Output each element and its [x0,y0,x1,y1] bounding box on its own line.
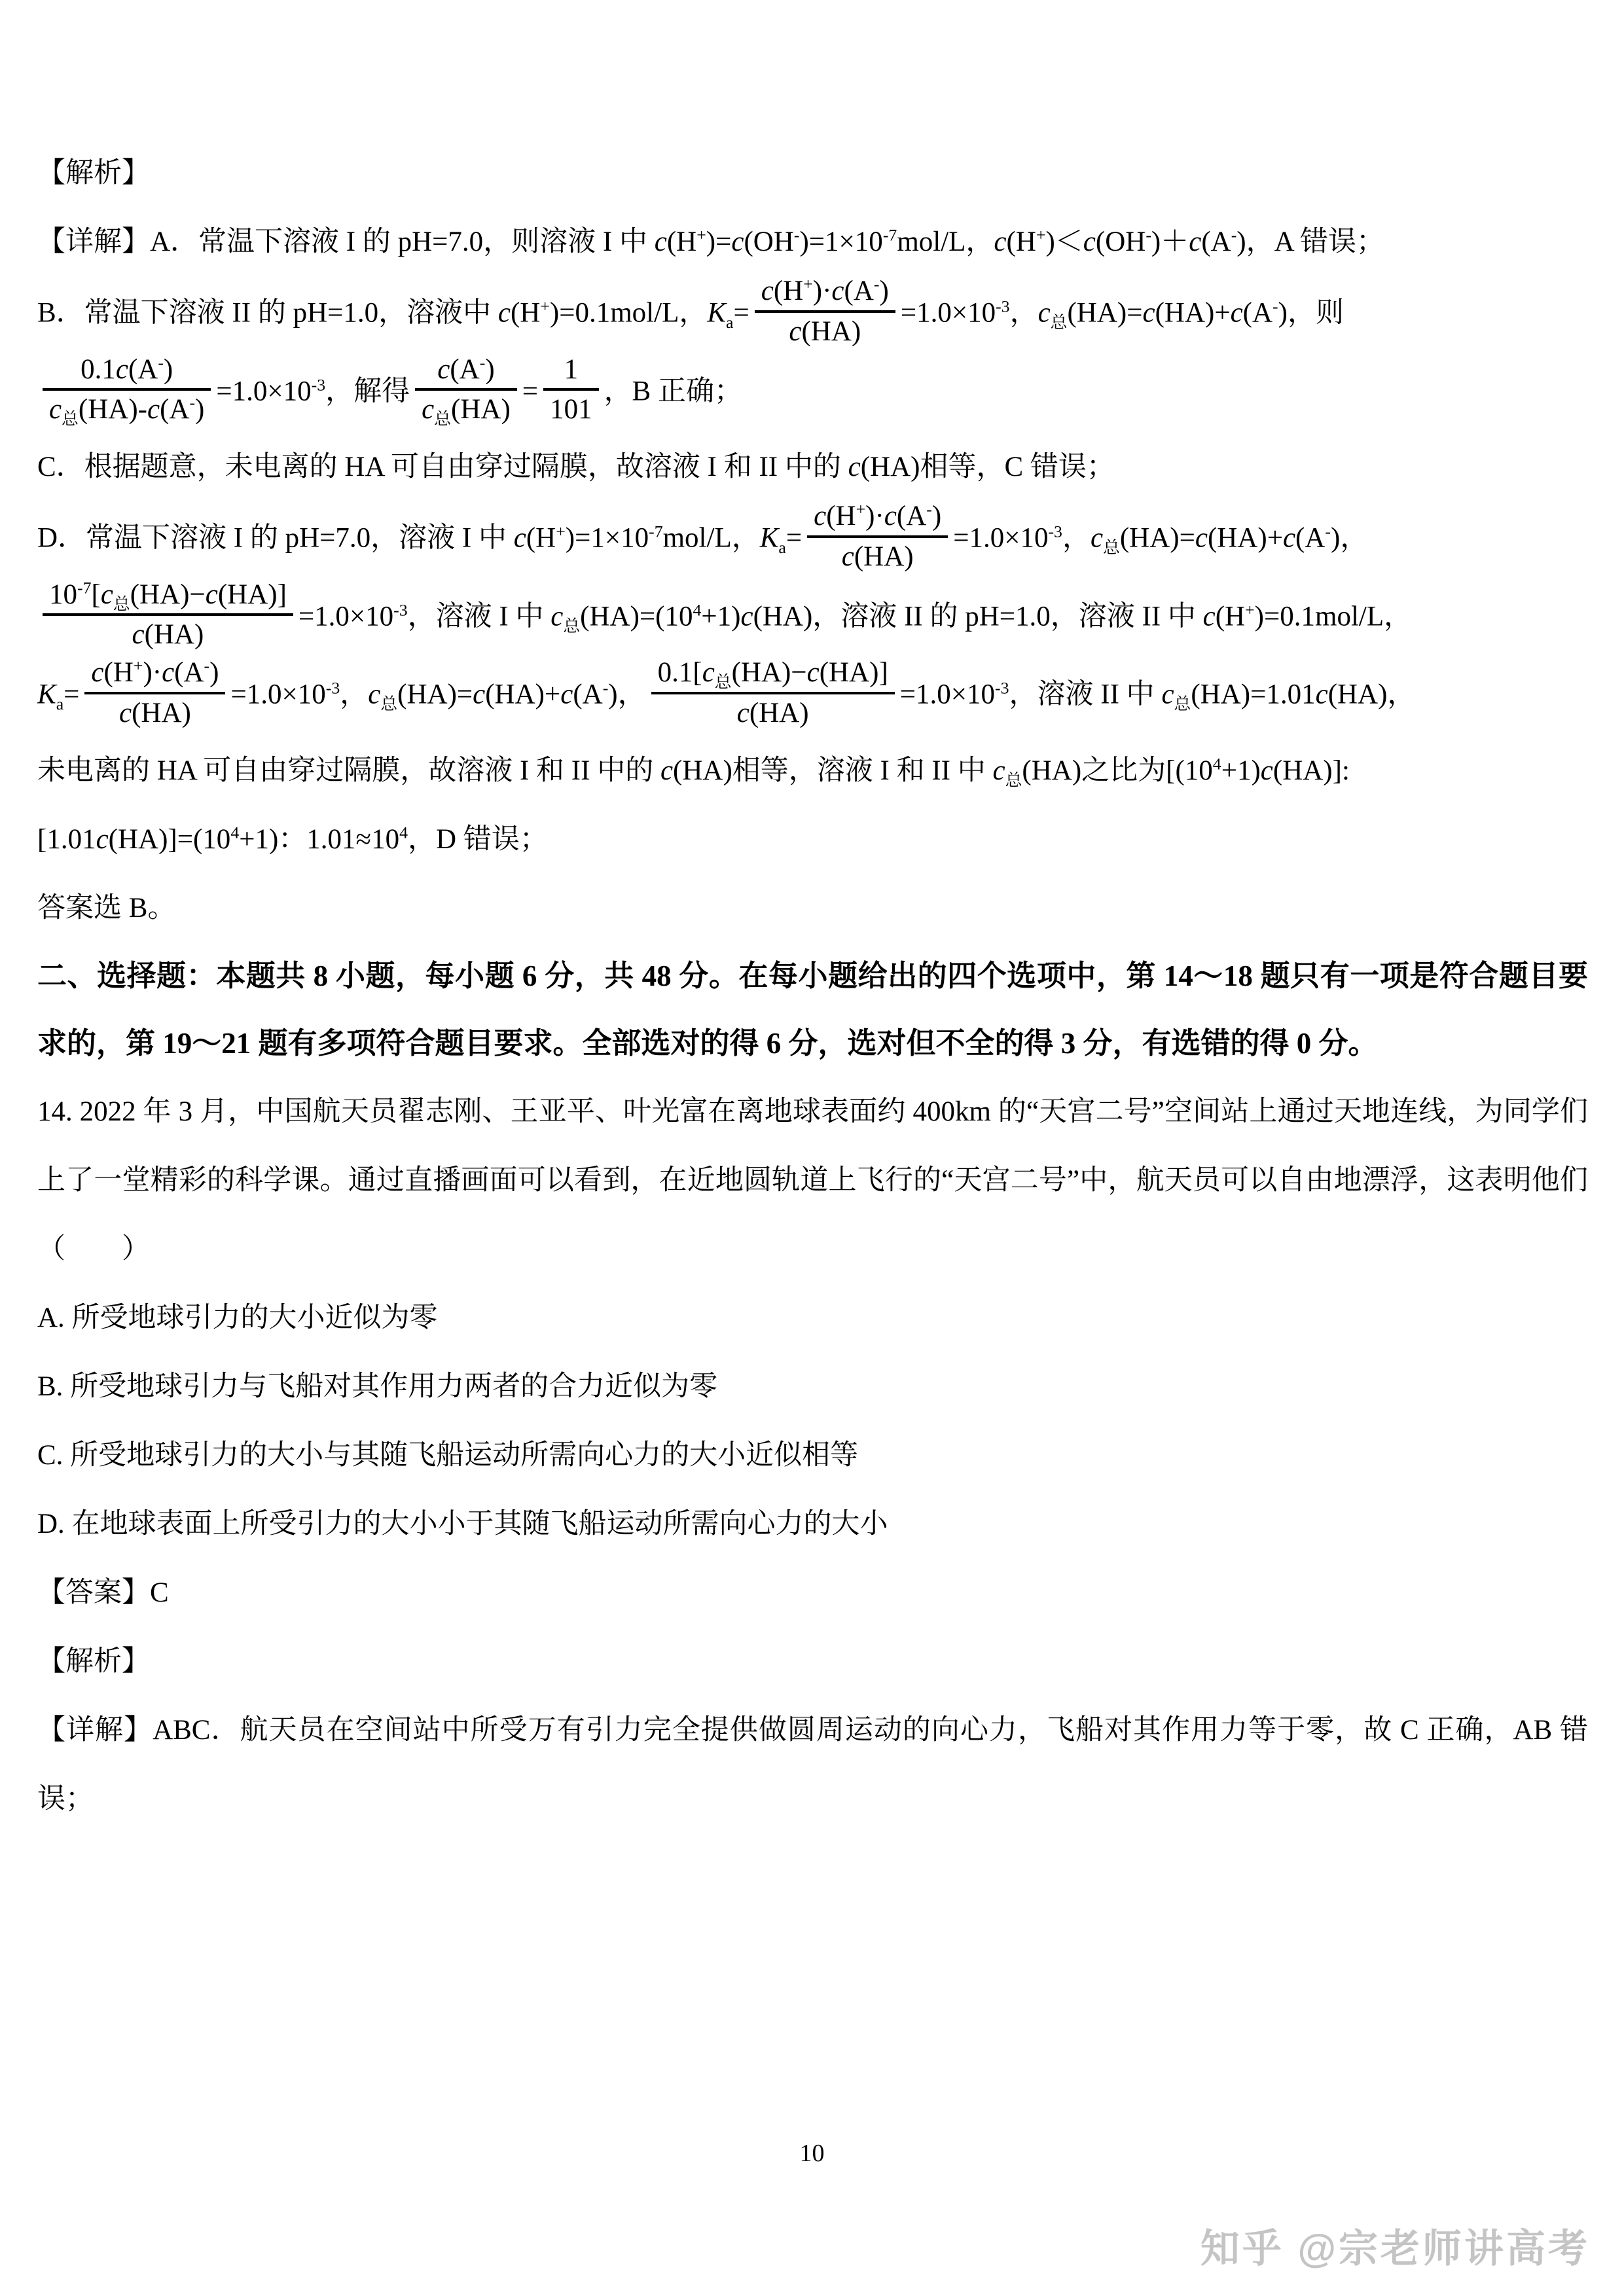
answer-choice-q13: 答案选 B。 [37,874,1588,942]
section-heading: 二、选择题：本题共 8 小题，每小题 6 分，共 48 分。在每小题给出的四个选… [37,942,1588,1077]
question-14-option-a: A. 所受地球引力的大小近似为零 [37,1283,1588,1352]
detail-d-derivation-4: [1.01c(HA)]=(104+1)：1.01≈104，D 错误； [37,805,1588,874]
fraction: c(H+)·c(A-)c(HA) [807,497,948,576]
detail-option-d: D．常温下溶液 I 的 pH=7.0，溶液 I 中 c(H+)=1×10-7mo… [37,501,1588,580]
detail-q14: 【详解】ABC．航天员在空间站中所受万有引力完全提供做圆周运动的向心力，飞船对其… [37,1696,1588,1833]
detail-option-a: 【详解】A．常温下溶液 I 的 pH=7.0，则溶液 I 中 c(H+)=c(O… [37,207,1588,276]
analysis-label-q14: 【解析】 [37,1627,1588,1696]
answer-label-q14: 【答案】C [37,1558,1588,1627]
fraction: 10-7[c总(HA)−c(HA)]c(HA) [43,576,293,655]
fraction: 0.1c(A-)c总(HA)-c(A-) [43,351,211,429]
fraction: c(H+)·c(A-)c(HA) [755,272,895,351]
document-body: 【解析】【详解】A．常温下溶液 I 的 pH=7.0，则溶液 I 中 c(H+)… [37,139,1588,1833]
question-14-option-b: B. 所受地球引力与飞船对其作用力两者的合力近似为零 [37,1352,1588,1421]
watermark: 知乎 @宗老师讲高考 [1200,2217,1590,2274]
detail-option-c: C．根据题意，未电离的 HA 可自由穿过隔膜，故溶液 I 和 II 中的 c(H… [37,433,1588,501]
analysis-label-q13: 【解析】 [37,139,1588,207]
detail-d-derivation-1: 10-7[c总(HA)−c(HA)]c(HA)=1.0×10-3，溶液 I 中 … [37,580,1588,658]
question-14-option-c: C. 所受地球引力的大小与其随飞船运动所需向心力的大小近似相等 [37,1421,1588,1490]
fraction: 0.1[c总(HA)−c(HA)]c(HA) [651,654,895,732]
question-14-option-d: D. 在地球表面上所受引力的大小小于其随飞船运动所需向心力的大小 [37,1490,1588,1558]
detail-d-derivation-2: Ka=c(H+)·c(A-)c(HA)=1.0×10-3，c总(HA)=c(HA… [37,658,1588,736]
document-page: 【解析】【详解】A．常温下溶液 I 的 pH=7.0，则溶液 I 中 c(H+)… [0,0,1624,2296]
fraction: c(A-)c总(HA) [415,351,517,429]
page-number: 10 [0,2139,1624,2168]
question-14-stem: 14. 2022 年 3 月，中国航天员翟志刚、王亚平、叶光富在离地球表面约 4… [37,1077,1588,1283]
fraction: c(H+)·c(A-)c(HA) [84,654,225,732]
detail-b-derivation: 0.1c(A-)c总(HA)-c(A-)=1.0×10-3，解得c(A-)c总(… [37,355,1588,433]
detail-d-derivation-3: 未电离的 HA 可自由穿过隔膜，故溶液 I 和 II 中的 c(HA)相等，溶液… [37,736,1588,805]
fraction: 1101 [543,351,599,429]
detail-option-b: B．常温下溶液 II 的 pH=1.0，溶液中 c(H+)=0.1mol/L，K… [37,276,1588,355]
